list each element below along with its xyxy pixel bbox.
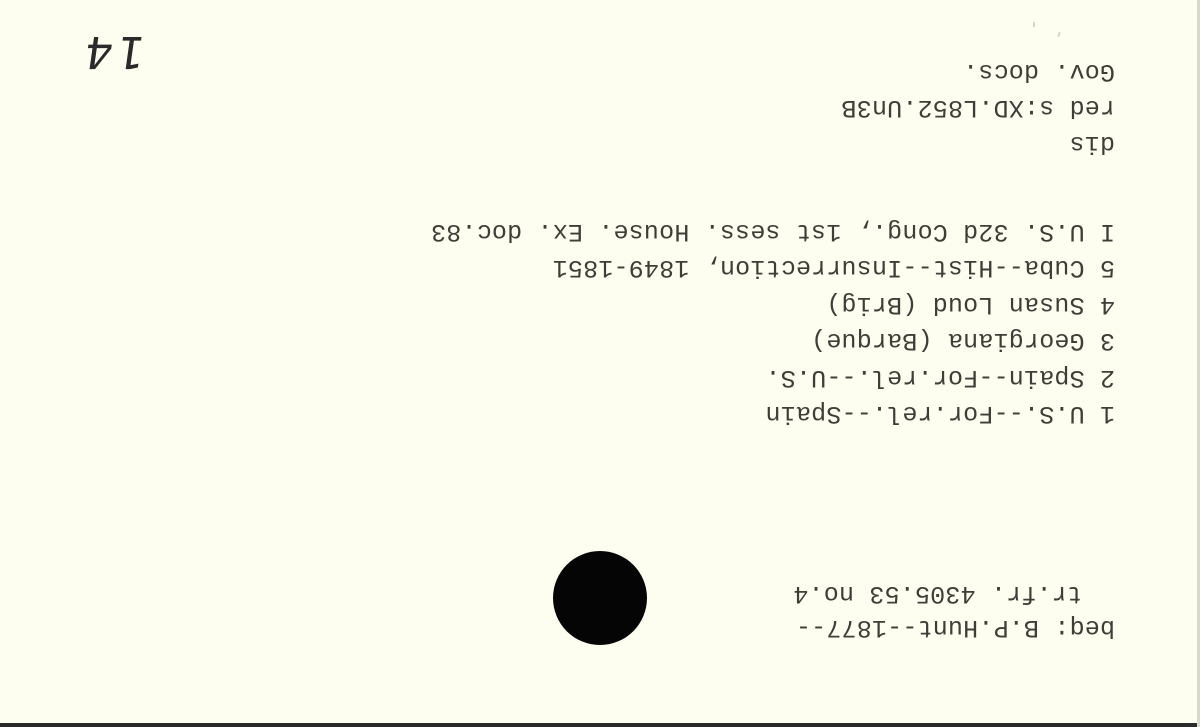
card-bottom-edge xyxy=(0,723,1200,727)
card-speck xyxy=(1057,32,1061,37)
note-dis: dis xyxy=(1069,129,1115,157)
tracing-4: 4 Susan Loud (Brig) xyxy=(826,290,1115,318)
note-red: red s:XD.L852.Un3B xyxy=(841,93,1115,121)
catalog-card: beq: B.P.Hunt--1877-- tr.fr. 4305.53 no.… xyxy=(0,0,1200,727)
tracing-6: I U.S. 32d Cong., 1st sess. House. Ex. d… xyxy=(431,217,1115,245)
black-dot-marker xyxy=(553,551,647,645)
card-speck xyxy=(1033,22,1035,27)
note-gov-docs: Gov. docs. xyxy=(963,57,1115,85)
tracing-3: 3 Georgiana (Barque) xyxy=(811,326,1115,354)
tracing-5: 5 Cuba--Hist--Insurrection, 1849-1851 xyxy=(553,253,1116,281)
tracing-2: 2 Spain--For.rel.--U.S. xyxy=(765,363,1115,391)
tracing-1: 1 U.S.--For.rel.--Spain xyxy=(765,399,1115,427)
handwritten-number: 14 xyxy=(77,26,148,77)
call-line-2: tr.fr. 4305.53 no.4 xyxy=(793,579,1082,607)
call-line-1: beq: B.P.Hunt--1877-- xyxy=(796,613,1115,641)
